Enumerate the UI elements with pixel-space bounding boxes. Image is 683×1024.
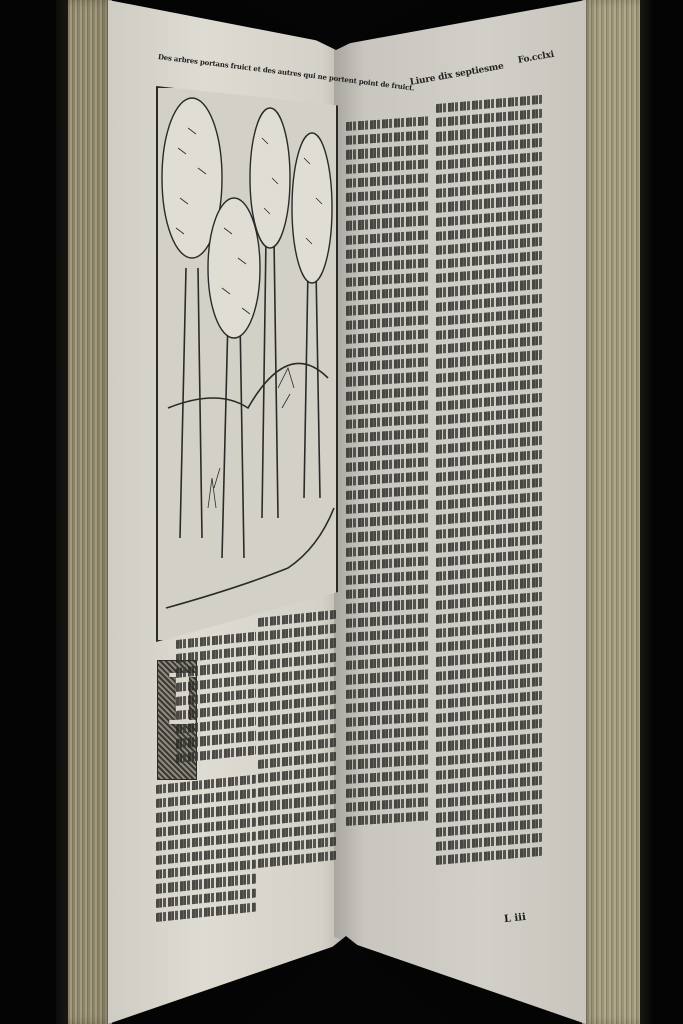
left-page-edges [68, 0, 112, 1024]
trees-woodcut-icon [158, 88, 336, 640]
right-cover-board [638, 0, 652, 1024]
right-page-column-1 [346, 116, 430, 882]
right-page-edges [582, 0, 640, 1024]
left-page-column-2 [258, 610, 336, 898]
right-page-column-2 [436, 95, 542, 914]
signature-mark: L iii [503, 912, 526, 925]
woodcut-illustration [156, 86, 338, 642]
left-page-column-1-lower [156, 774, 256, 945]
